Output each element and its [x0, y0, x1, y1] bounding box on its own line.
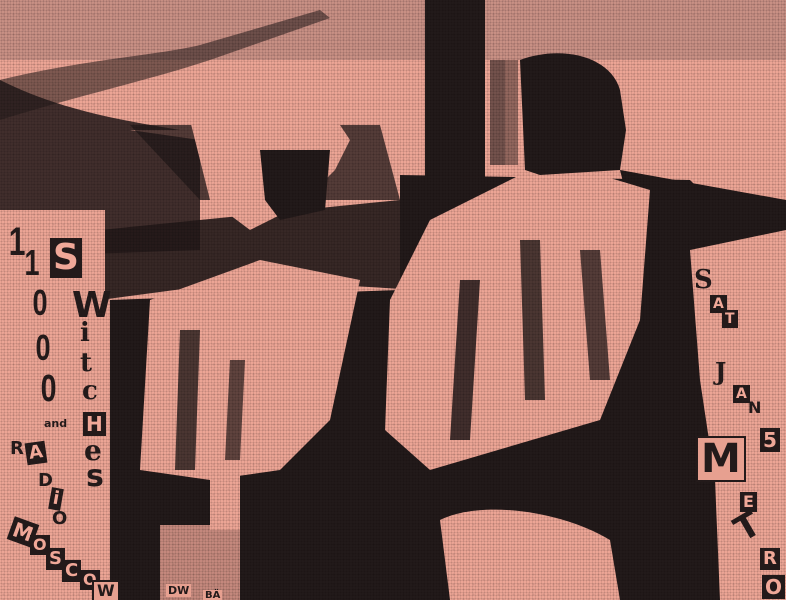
band-letter: c [82, 378, 98, 404]
band-letter: 0 [36, 330, 51, 366]
conjunction-and: and [44, 418, 67, 429]
band-letter: s [86, 462, 104, 492]
venue-letter: R [760, 548, 780, 570]
band-letter: 0 [41, 370, 57, 408]
date-letter: J [715, 360, 726, 384]
collage-photo [0, 0, 786, 600]
band-letter: D [38, 472, 53, 490]
band-letter: A [25, 441, 48, 466]
band-letter: S [50, 238, 82, 278]
text-fragment: BÄ [203, 590, 222, 600]
date-letter: T [722, 310, 738, 328]
band-letter: 1 [9, 222, 26, 262]
date-number: 5 [760, 428, 780, 452]
band-letter: W [92, 580, 120, 600]
band-letter: i [80, 320, 90, 346]
venue-letter: M [696, 436, 746, 482]
band-letter: O [52, 510, 67, 528]
band-letter: W [72, 288, 112, 324]
band-letter: 0 [33, 285, 48, 321]
band-letter: R [10, 440, 24, 458]
band-letter: t [80, 350, 92, 376]
band-letter: C [62, 560, 81, 582]
text-fragment: DW [166, 584, 191, 597]
date-letter: S [694, 267, 713, 293]
band-letter: 1 [25, 245, 40, 281]
band-letter: H [83, 412, 106, 436]
venue-letter: O [762, 575, 785, 599]
date-letter: N [748, 400, 761, 416]
flyer-poster: 1 1 0 0 0 S W i t c H e s and R A D i O … [0, 0, 786, 600]
